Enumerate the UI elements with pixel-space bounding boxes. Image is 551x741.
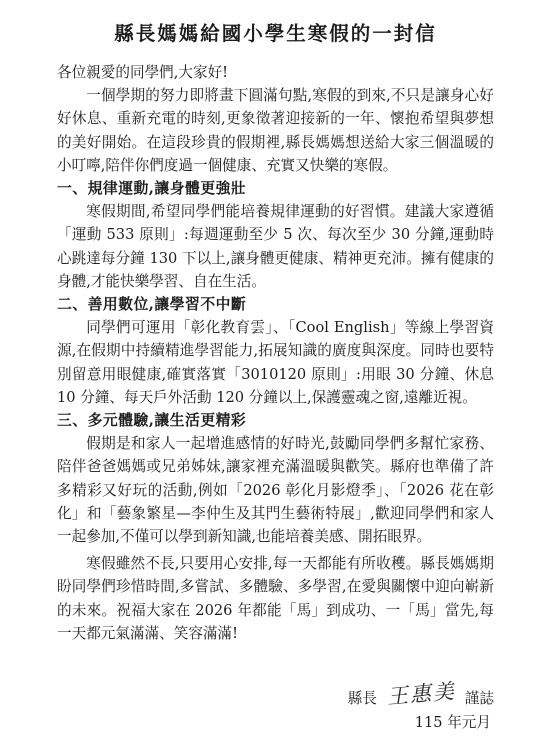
letter-title: 縣長媽媽給國小學生寒假的一封信	[57, 21, 494, 46]
signer-role: 縣長	[348, 690, 377, 707]
signature-block: 縣長王惠美謹誌 115 年元月	[57, 685, 494, 734]
section-1-heading: 一、規律運動,讓身體更強壯	[57, 177, 494, 200]
section-3: 三、多元體驗,讓生活更精彩 假期是和家人一起增進感情的好時光,鼓勵同學們多幫忙家…	[57, 409, 494, 548]
section-1: 一、規律運動,讓身體更強壯 寒假期間,希望同學們能培養規律運動的好習慣。建議大家…	[57, 177, 494, 293]
signer-name-handwritten: 王惠美	[386, 680, 457, 708]
intro-paragraph: 一個學期的努力即將畫下圓滿句點,寒假的到來,不只是讓身心好好休息、重新充電的時刻…	[57, 84, 494, 177]
signature-suffix: 謹誌	[465, 690, 494, 707]
section-1-body: 寒假期間,希望同學們能培養規律運動的好習慣。建議大家遵循「運動 533 原則」:…	[57, 200, 494, 293]
section-2-body: 同學們可運用「彰化教育雲」、「Cool English」等線上學習資源,在假期中…	[57, 316, 494, 409]
letter-page: 縣長媽媽給國小學生寒假的一封信 各位親愛的同學們,大家好! 一個學期的努力即將畫…	[0, 0, 551, 741]
signature-date: 115 年元月	[57, 712, 494, 734]
section-2: 二、善用數位,讓學習不中斷 同學們可運用「彰化教育雲」、「Cool Englis…	[57, 293, 494, 409]
greeting-line: 各位親愛的同學們,大家好!	[57, 61, 494, 84]
closing-paragraph: 寒假雖然不長,只要用心安排,每一天都能有所收穫。縣長媽媽期盼同學們珍惜時間,多嘗…	[57, 552, 494, 645]
section-2-heading: 二、善用數位,讓學習不中斷	[57, 293, 494, 316]
section-3-body: 假期是和家人一起增進感情的好時光,鼓勵同學們多幫忙家務、陪伴爸爸媽媽或兄弟姊妹,…	[57, 432, 494, 548]
signature-line: 縣長王惠美謹誌	[57, 685, 494, 710]
section-3-heading: 三、多元體驗,讓生活更精彩	[57, 409, 494, 432]
